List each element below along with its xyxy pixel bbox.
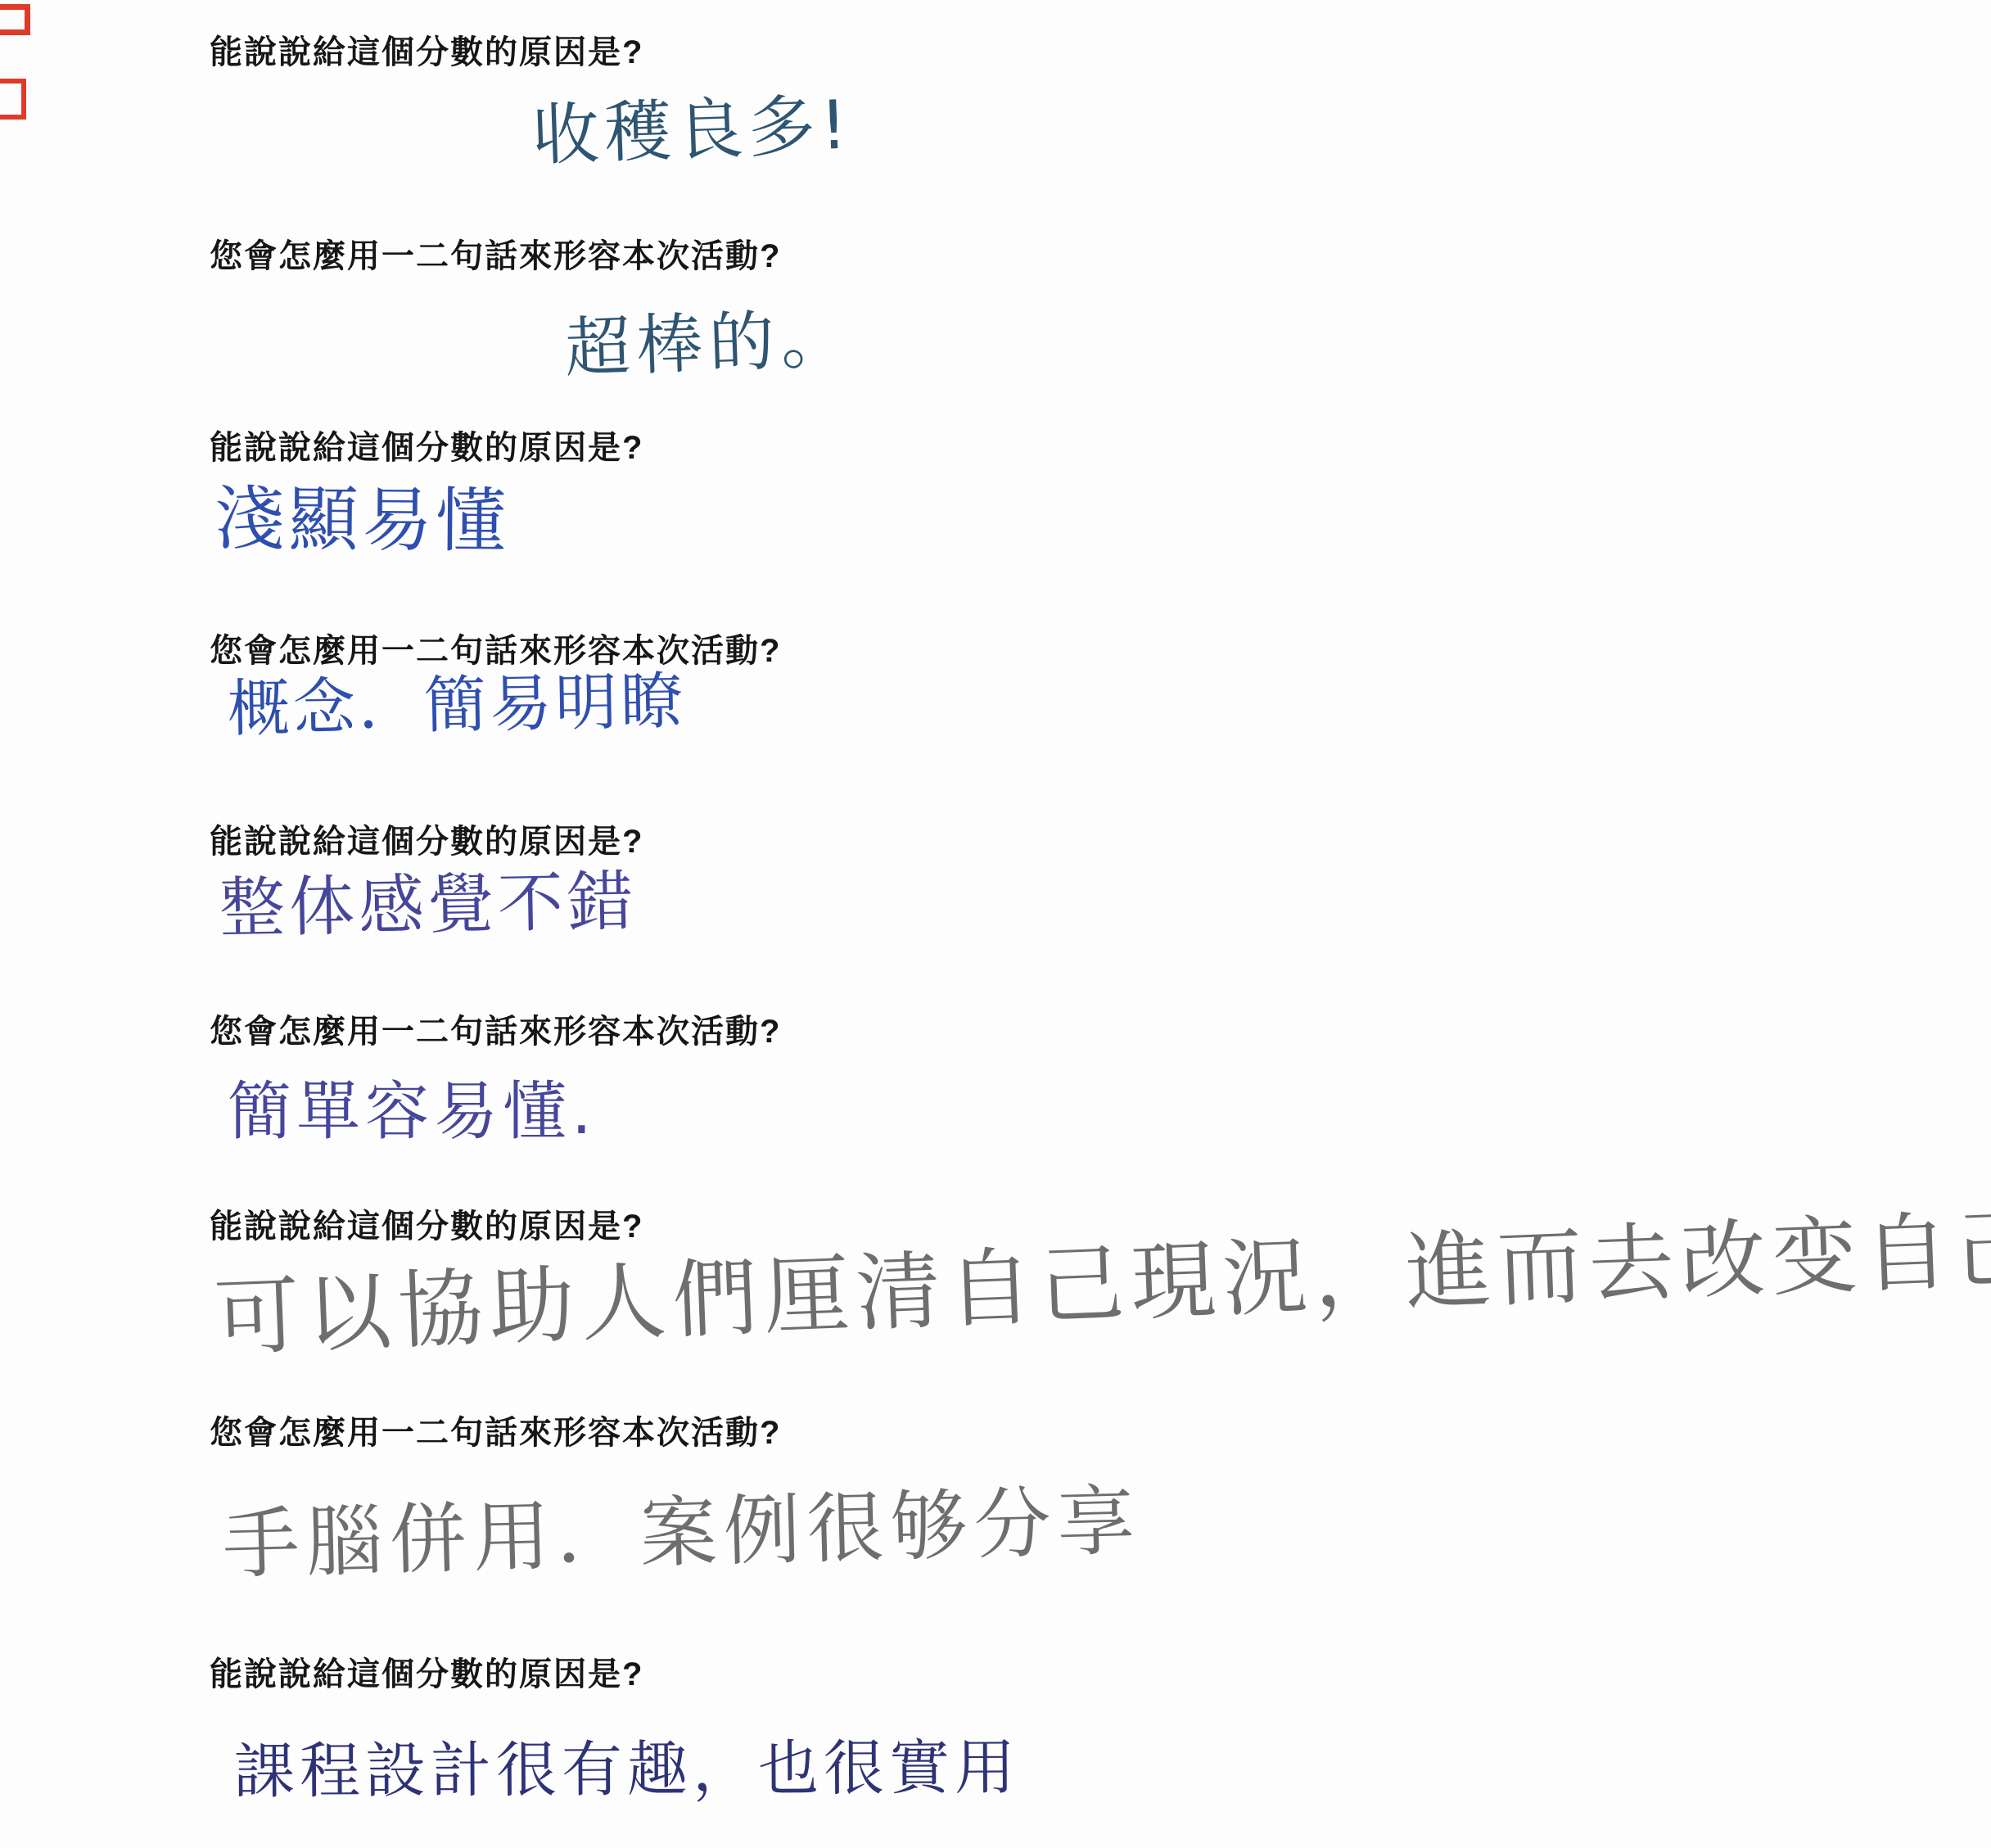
question-label: 能說說給這個分數的原因是? — [210, 1656, 643, 1692]
question-label: 您會怎麼用一二句話來形容本次活動? — [210, 1014, 781, 1050]
question-label: 您會怎麼用一二句話來形容本次活動? — [210, 238, 781, 274]
question-label: 能說說給這個分數的原因是? — [210, 1209, 643, 1245]
red-margin-mark — [0, 4, 30, 35]
red-margin-mark — [0, 79, 26, 120]
handwritten-answer: 課程設計很有趣，也很實用 — [234, 1732, 1020, 1809]
question-label: 能說說給這個分數的原因是? — [210, 430, 643, 466]
handwritten-answer: 手腦併用．案例很够分享 — [222, 1476, 1143, 1593]
handwritten-answer: 收穫良多! — [530, 85, 853, 177]
question-label: 您會怎麼用一二句話來形容本次活動? — [210, 633, 781, 669]
question-label: 能說說給這個分數的原因是? — [210, 34, 643, 70]
question-label: 您會怎麼用一二句話來形容本次活動? — [210, 1415, 781, 1451]
handwritten-answer: 整体感覺不錯 — [219, 862, 638, 948]
handwritten-answer: 概念．簡易明瞭 — [227, 663, 687, 746]
handwritten-answer: 淺顯易懂 — [214, 477, 510, 564]
handwritten-answer: 超棒的。 — [563, 300, 854, 388]
scanned-survey-page: 能說說給這個分數的原因是? 收穫良多! 您會怎麼用一二句話來形容本次活動? 超棒… — [0, 0, 1991, 1848]
question-label: 能說說給這個分數的原因是? — [210, 824, 643, 860]
handwritten-answer: 簡單容易懂. — [228, 1074, 597, 1151]
